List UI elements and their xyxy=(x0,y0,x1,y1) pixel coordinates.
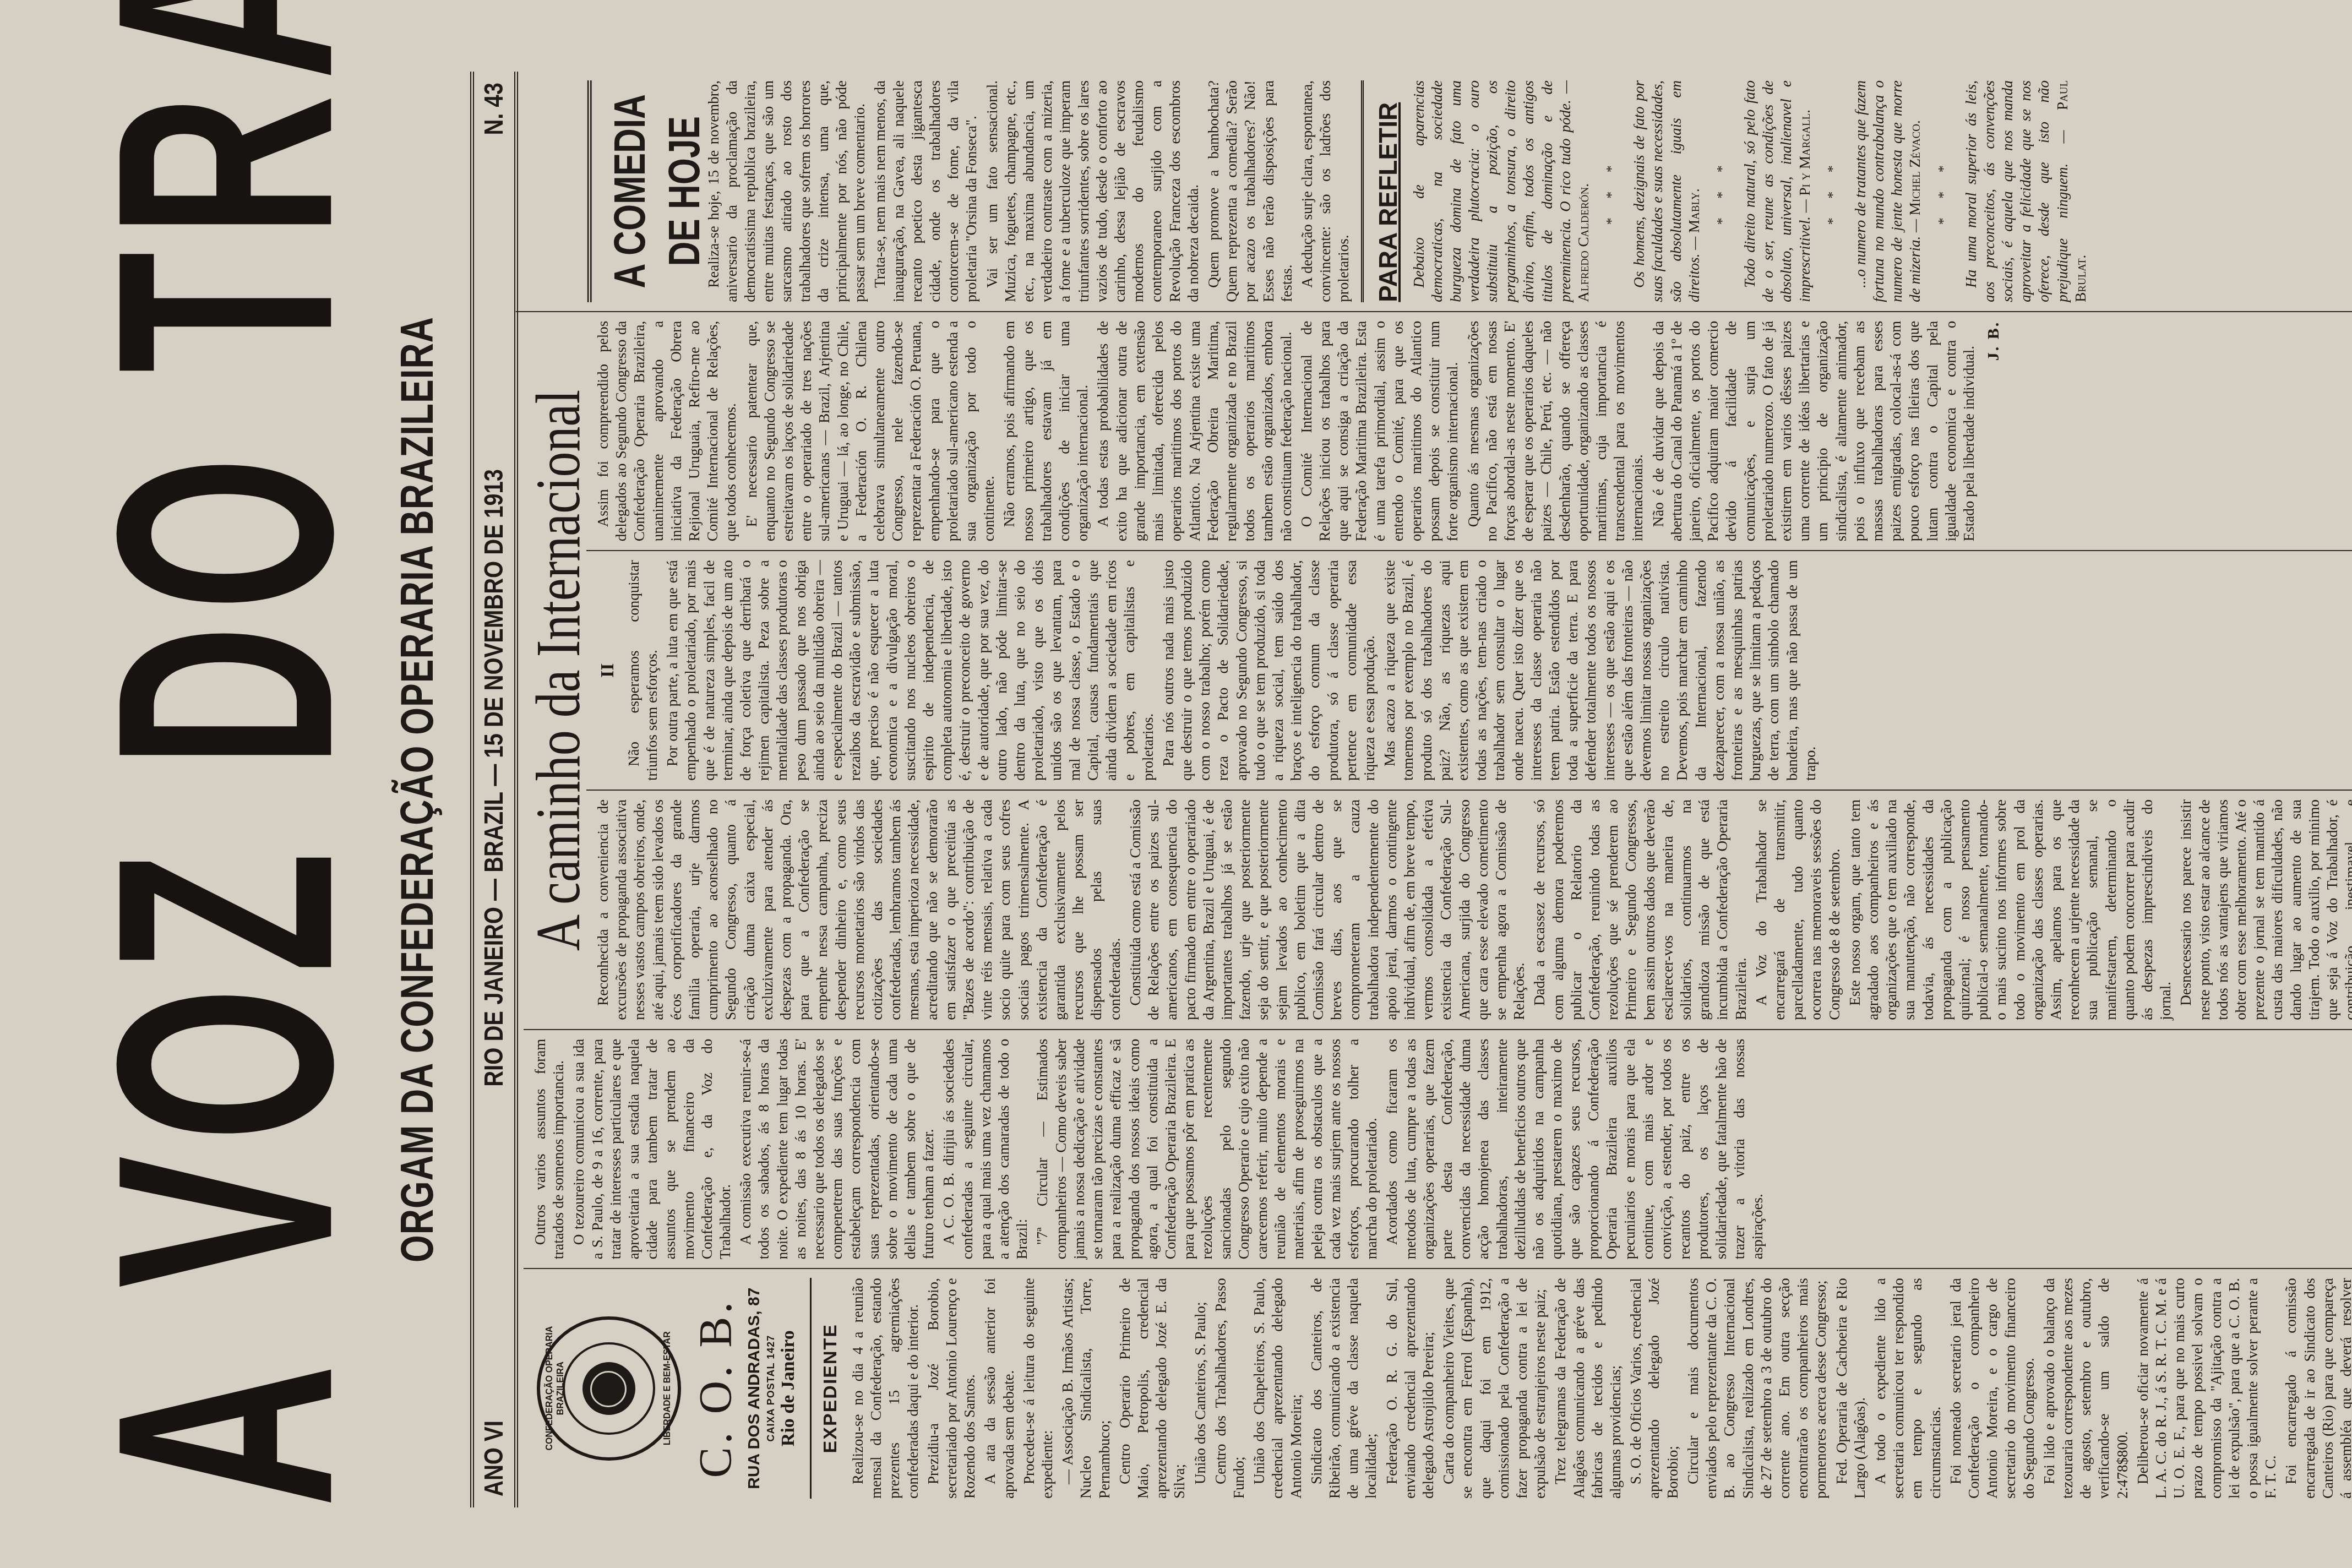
wide-section: A caminho da Internacional Reconhecida a… xyxy=(524,72,2352,1029)
paragraph: — Associação B. Irmãos Artistas; Nucleo … xyxy=(1059,1278,1114,1499)
year-label: ANO VI xyxy=(480,1420,509,1496)
paragraph: A todo o expediente lido a secretaria co… xyxy=(1871,1278,1945,1499)
quote-author: Pi y Margall. xyxy=(1796,110,1813,195)
column-reuniao: Outros varios assuntos foram tratados de… xyxy=(524,1029,2352,1268)
cob-address: RUA DOS ANDRADAS, 87 xyxy=(744,1278,765,1499)
quote: Todo direito natural, só pelo fato de o … xyxy=(1741,80,1814,302)
paragraph: A dedução surje clara, espontanea, convi… xyxy=(1298,80,1353,302)
paragraph: Mas acazo a riqueza que existe tomemos p… xyxy=(1381,560,1820,781)
paragraph: Realiza-se hoje, 15 de novembro, anivers… xyxy=(705,80,869,302)
paragraph: Por outra parte, a luta em que está empe… xyxy=(663,560,1157,781)
paragraph: União dos Canteiros, S. Paulo; xyxy=(1191,1278,1210,1499)
reuniao-body-cont: Reconhecida a conveniencia de excursões … xyxy=(594,799,2352,1020)
paragraph: Outros varios assuntos foram tratados de… xyxy=(531,1039,568,1260)
masthead-subtitle: ORGAM DA CONFEDERAÇÃO OPERARIA BRAZILEIR… xyxy=(390,72,443,1507)
paragraph: Realizou-se no dia 4 a reunião mensal da… xyxy=(849,1278,922,1499)
paragraph: O Comité Internacional de Relações inici… xyxy=(1298,321,1462,542)
paragraph: Foi nomeado secretario jeral da Confeder… xyxy=(1947,1278,2038,1499)
issue-number: N. 43 xyxy=(480,83,509,135)
paragraph: A C. O. B. dirijiu ás sociedades confede… xyxy=(940,1039,1031,1260)
expediente-body: Realizou-se no dia 4 a reunião mensal da… xyxy=(849,1278,2352,1499)
quote: Debaixo de aparencias democraticas, na s… xyxy=(1410,80,1593,302)
paragraph: Sindicato dos Canteiros, de Ribeirão, co… xyxy=(1308,1278,1381,1499)
column-expediente: CONFEDERAÇÃO OPERARIA BRAZILEIRA LIBERDA… xyxy=(524,1268,2352,1507)
quote: Os homens, dezignais de fato por suas fa… xyxy=(1630,80,1703,302)
quote-author: Michel Zévaco. xyxy=(1907,120,1923,215)
column-6: A COMEDIA DE HOJE Realiza-se hoje, 15 de… xyxy=(586,72,2352,311)
expediente-heading: EXPEDIENTE xyxy=(819,1278,842,1499)
paragraph: Federação O. R. G. do Sul, enviando cred… xyxy=(1383,1278,1438,1499)
cob-city: Rio de Janeiro xyxy=(777,1278,800,1499)
seal-inner-text: LIBERDADE E BEM-ESTAR xyxy=(662,1320,673,1457)
paragraph: A ata da sessão anterior foi aprovada se… xyxy=(981,1278,1017,1499)
stars-separator: * * * xyxy=(1603,80,1620,302)
paragraph: A comissão executiva reunir-se-á todos o… xyxy=(737,1039,938,1260)
columns-grid: CONFEDERAÇÃO OPERARIA BRAZILEIRA LIBERDA… xyxy=(524,72,2219,1507)
paragraph: Dada a escassez de recursos, só com algu… xyxy=(1531,799,1750,1020)
internacional-signature: J. B. xyxy=(1984,321,2004,542)
paragraph: Constituida como está a Comissão de Rela… xyxy=(1126,799,1528,1020)
comedia-body: Realiza-se hoje, 15 de novembro, anivers… xyxy=(705,80,1353,302)
paragraph: E' necessario patentear que, enquanto no… xyxy=(743,321,999,542)
quote-author: Paul Brulat. xyxy=(2054,80,2089,302)
internacional-body-cont: Assim foi compreendido pelos delegados a… xyxy=(594,321,1978,542)
paragraph: A todas estas probabilidades de exito ha… xyxy=(1094,321,1295,542)
cob-seal-icon: CONFEDERAÇÃO OPERARIA BRAZILEIRA LIBERDA… xyxy=(537,1316,681,1461)
paragraph: Procedeu-se á leitura do seguinte expedi… xyxy=(1020,1278,1057,1499)
date-label: RIO DE JANEIRO — BRAZIL — 15 DE NOVEMBRO… xyxy=(480,469,509,1087)
comedia-heading: A COMEDIA DE HOJE xyxy=(587,80,712,302)
paragraph: Este nosso orgam, que tanto tem agradado… xyxy=(1846,799,2175,1020)
column-spacer xyxy=(524,72,586,311)
quote: ...o numero de tratantes que fazem fortu… xyxy=(1852,80,1925,302)
paragraph: Centro dos Trabalhadores, Passo Fundo; xyxy=(1212,1278,1248,1499)
internacional-part: II xyxy=(596,560,619,781)
cob-block: CONFEDERAÇÃO OPERARIA BRAZILEIRA LIBERDA… xyxy=(537,1278,812,1499)
paragraph: União dos Chapeleiros, S. Paulo, credenc… xyxy=(1250,1278,1305,1499)
paragraph: Não é de duvidar que depois da abertura … xyxy=(1649,321,1979,542)
paragraph: Circular e mais documentos enviados pelo… xyxy=(1684,1278,1831,1499)
paragraph: O tezoureiro comunicou a sua ida a S. Pa… xyxy=(570,1039,734,1260)
paragraph: Prezidiu-a Jozé Borobio, secretariado po… xyxy=(924,1278,979,1499)
globe-icon xyxy=(582,1362,635,1415)
para-refletir-quotes: Debaixo de aparencias democraticas, na s… xyxy=(1410,80,2090,302)
column-4: II Não esperamos conquistar triunfos sem… xyxy=(586,550,2352,790)
seal-outer-text: CONFEDERAÇÃO OPERARIA BRAZILEIRA xyxy=(545,1320,566,1457)
stars-separator: * * * xyxy=(1824,80,1842,302)
reuniao-body: Outros varios assuntos foram tratados de… xyxy=(531,1039,1767,1260)
dateline-bar: ANO VI RIO DE JANEIRO — BRAZIL — 15 DE N… xyxy=(470,72,518,1507)
internacional-title: A caminho da Internacional xyxy=(516,311,595,1029)
paragraph: Trez telegramas da Federação de Alagôas … xyxy=(1551,1278,1625,1499)
cob-name: C. O. B. xyxy=(688,1278,744,1499)
paragraph: Assim foi compreendido pelos delegados a… xyxy=(594,321,741,542)
paragraph: Foi lido e aprovado o balanço da tezoura… xyxy=(2040,1278,2132,1499)
column-3: Reconhecida a conveniencia de excursões … xyxy=(586,790,2352,1029)
paragraph: Fed. Operaria de Cachoeira e Rio Largo (… xyxy=(1833,1278,1869,1499)
newspaper-page: A VOZ DO TRABALHADOR ORGAM DA CONFEDERAÇ… xyxy=(0,0,2352,1568)
paragraph: S. O. de Oficios Varios, credencial apre… xyxy=(1627,1278,1682,1499)
paragraph: Desnecessario nos parece insistir neste … xyxy=(2177,799,2352,1020)
paragraph: Centro Operario Primeiro de Maio, Petrop… xyxy=(1116,1278,1189,1499)
paragraph: Não erramos, pois afirmando em nosso pri… xyxy=(1000,321,1092,542)
paragraph: Vai ser um fato sensacional. Muzica, fog… xyxy=(983,80,1202,302)
para-refletir-heading: PARA REFLETIR xyxy=(1361,80,1404,302)
paragraph: Acordados como ficaram os metodos de lut… xyxy=(1383,1039,1767,1260)
paragraph: Para nós outros nada mais justo que dest… xyxy=(1159,560,1379,781)
column-5: Assim foi compreendido pelos delegados a… xyxy=(586,311,2352,551)
paragraph: Reconhecida a conveniencia de excursões … xyxy=(594,799,1124,1020)
quote: Ha uma moral superior ás leis, aos preco… xyxy=(1962,80,2090,302)
paragraph: Quem promove a bambochata? Quem reprezen… xyxy=(1205,80,1296,302)
stars-separator: * * * xyxy=(1935,80,1952,302)
paragraph: Não esperamos conquistar triunfos sem es… xyxy=(625,560,661,781)
paragraph: Carta do companheiro Vieites, que se enc… xyxy=(1440,1278,1549,1499)
masthead-title: A VOZ DO TRABALHADOR xyxy=(72,72,379,1507)
paragraph: Quanto ás mesmas organizações no Pacific… xyxy=(1464,321,1647,542)
quote-author: Mably. xyxy=(1686,188,1702,233)
stars-separator: * * * xyxy=(1713,80,1731,302)
quote-author: Alfredo Calderón. xyxy=(1575,183,1592,302)
paragraph: A Voz do Trabalhador se encarregará de t… xyxy=(1752,799,1844,1020)
internacional-body: Não esperamos conquistar triunfos sem es… xyxy=(625,560,1820,781)
paragraph: Deliberou-se oficiar novamente á L. A. C… xyxy=(2134,1278,2280,1499)
paragraph: Foi encarregado á comissão encarregada d… xyxy=(2282,1278,2352,1499)
paragraph: "7ª Circular — Estimados companheiros — … xyxy=(1033,1039,1381,1260)
paragraph: Trata-se, nem mais nem menos, da inaugur… xyxy=(871,80,981,302)
cob-po-box: CAIXA POSTAL 1427 xyxy=(765,1278,777,1499)
